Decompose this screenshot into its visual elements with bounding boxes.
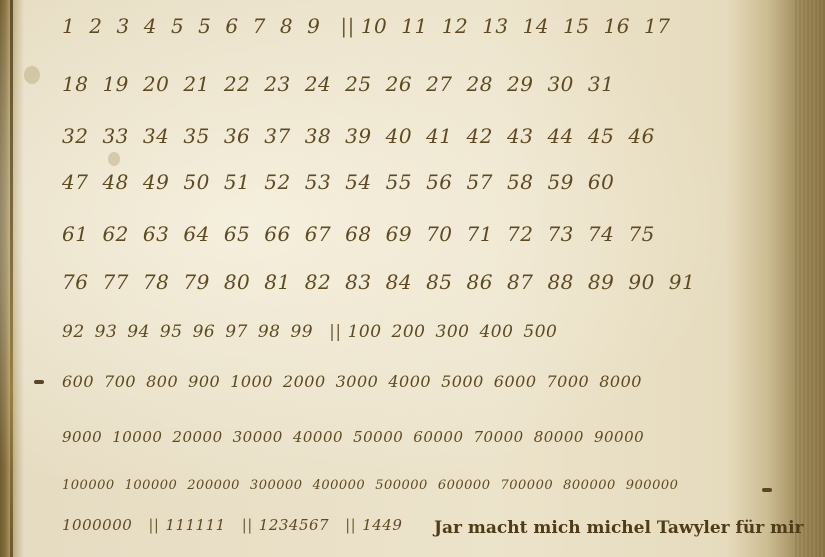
numeral: 70000 xyxy=(474,428,524,446)
margin-mark xyxy=(762,488,772,492)
numeral: 5 xyxy=(171,14,184,38)
numeral: 30000 xyxy=(233,428,283,446)
numeral: 24 xyxy=(305,72,331,96)
numeral: 2000 xyxy=(283,372,326,391)
numeral: 900000 xyxy=(626,478,679,493)
numeral: 33 xyxy=(102,124,128,148)
numeral: 26 xyxy=(386,72,412,96)
numeral: 63 xyxy=(143,222,169,246)
numeral: 600000 xyxy=(438,478,491,493)
numeral: 74 xyxy=(588,222,614,246)
numeral: 71 xyxy=(467,222,493,246)
numeral: 67 xyxy=(305,222,331,246)
stain xyxy=(108,152,120,166)
numeral: 800 xyxy=(146,372,178,391)
numeral: 84 xyxy=(386,270,412,294)
numeral-row-9: 9000100002000030000400005000060000700008… xyxy=(62,428,654,446)
numeral: 14 xyxy=(523,14,549,38)
numeral: 17 xyxy=(644,14,670,38)
numeral: 5 xyxy=(198,14,211,38)
numeral: 52 xyxy=(264,170,290,194)
numeral: 81 xyxy=(264,270,290,294)
numeral: 88 xyxy=(547,270,573,294)
numeral: 9000 xyxy=(62,428,102,446)
numeral-row-3: 323334353637383940414243444546 xyxy=(62,124,669,148)
numeral: 500 xyxy=(523,322,557,342)
numeral: 20 xyxy=(143,72,169,96)
numeral: 12 xyxy=(442,14,468,38)
numeral: 5000 xyxy=(441,372,484,391)
numeral: 6 xyxy=(225,14,238,38)
numeral-row-5: 616263646566676869707172737475 xyxy=(62,222,669,246)
numeral-row-2: 1819202122232425262728293031 xyxy=(62,72,628,96)
numeral: 50000 xyxy=(353,428,403,446)
numeral: 35 xyxy=(183,124,209,148)
separator-mark: || xyxy=(340,14,354,38)
numeral: 18 xyxy=(62,72,88,96)
numeral: 38 xyxy=(305,124,331,148)
numeral: 1 xyxy=(62,14,75,38)
numeral: 19 xyxy=(102,72,128,96)
numeral-row-4: 4748495051525354555657585960 xyxy=(62,170,628,194)
numeral: 96 xyxy=(193,322,216,342)
numeral: 37 xyxy=(264,124,290,148)
numeral: 300 xyxy=(436,322,470,342)
numeral: 100 xyxy=(348,322,382,342)
numeral: 28 xyxy=(467,72,493,96)
page-edge xyxy=(795,0,825,557)
numeral: 99 xyxy=(290,322,313,342)
numeral: 27 xyxy=(426,72,452,96)
numeral: 43 xyxy=(507,124,533,148)
numeral: 3 xyxy=(116,14,129,38)
numeral: 51 xyxy=(224,170,250,194)
numeral: 10000 xyxy=(112,428,162,446)
numeral: 79 xyxy=(183,270,209,294)
numeral: 65 xyxy=(224,222,250,246)
numeral: 700000 xyxy=(500,478,553,493)
numeral: 95 xyxy=(160,322,183,342)
numeral-row-7: 9293949596979899||100200300400500 xyxy=(62,322,567,342)
numeral: 30 xyxy=(547,72,573,96)
numeral: 4000 xyxy=(388,372,431,391)
numeral: 46 xyxy=(628,124,654,148)
separator-mark: || xyxy=(345,516,356,534)
numeral: 98 xyxy=(258,322,281,342)
numeral: 100000 xyxy=(62,478,115,493)
numeral: 57 xyxy=(467,170,493,194)
numeral: 91 xyxy=(669,270,695,294)
numeral: 15 xyxy=(563,14,589,38)
numeral: 54 xyxy=(345,170,371,194)
numeral: 20000 xyxy=(172,428,222,446)
numeral: 92 xyxy=(62,322,85,342)
numeral: 69 xyxy=(386,222,412,246)
separator-mark: || xyxy=(148,516,159,534)
numeral-row-1: 1234556789||1011121314151617 xyxy=(62,14,684,38)
numeral: 1449 xyxy=(362,516,402,534)
numeral: 47 xyxy=(62,170,88,194)
numeral: 500000 xyxy=(375,478,428,493)
numeral: 86 xyxy=(467,270,493,294)
numeral: 400 xyxy=(479,322,513,342)
numeral: 53 xyxy=(305,170,331,194)
numeral: 23 xyxy=(264,72,290,96)
manuscript-page: 1234556789||1011121314151617 18192021222… xyxy=(0,0,825,557)
numeral: 42 xyxy=(467,124,493,148)
numeral: 1234567 xyxy=(259,516,329,534)
numeral: 61 xyxy=(62,222,88,246)
numeral: 72 xyxy=(507,222,533,246)
numeral: 8 xyxy=(280,14,293,38)
numeral: 11 xyxy=(401,14,427,38)
numeral: 7 xyxy=(253,14,266,38)
numeral: 111111 xyxy=(165,516,225,534)
numeral: 97 xyxy=(225,322,248,342)
numeral: 22 xyxy=(224,72,250,96)
numeral: 90 xyxy=(628,270,654,294)
numeral: 1000000 xyxy=(62,516,132,534)
numeral: 2 xyxy=(89,14,102,38)
numeral: 89 xyxy=(588,270,614,294)
numeral-row-11: 1000000||111111||1234567||1449 xyxy=(62,516,412,534)
numeral: 900 xyxy=(188,372,220,391)
separator-mark: || xyxy=(329,322,341,342)
numeral: 8000 xyxy=(599,372,642,391)
numeral: 66 xyxy=(264,222,290,246)
numeral: 77 xyxy=(102,270,128,294)
numeral: 50 xyxy=(183,170,209,194)
numeral: 87 xyxy=(507,270,533,294)
numeral-row-6: 76777879808182838485868788899091 xyxy=(62,270,709,294)
numeral: 85 xyxy=(426,270,452,294)
numeral-row-10: 1000001000002000003000004000005000006000… xyxy=(62,478,688,493)
numeral: 700 xyxy=(104,372,136,391)
numeral: 41 xyxy=(426,124,452,148)
numeral: 45 xyxy=(588,124,614,148)
numeral: 300000 xyxy=(250,478,303,493)
numeral: 36 xyxy=(224,124,250,148)
numeral: 200000 xyxy=(187,478,240,493)
numeral: 68 xyxy=(345,222,371,246)
numeral: 49 xyxy=(143,170,169,194)
numeral: 70 xyxy=(426,222,452,246)
numeral: 60 xyxy=(588,170,614,194)
numeral: 9 xyxy=(307,14,320,38)
numeral: 60000 xyxy=(413,428,463,446)
numeral: 1000 xyxy=(230,372,273,391)
numeral: 78 xyxy=(143,270,169,294)
numeral: 7000 xyxy=(547,372,590,391)
numeral: 32 xyxy=(62,124,88,148)
numeral: 64 xyxy=(183,222,209,246)
numeral: 13 xyxy=(482,14,508,38)
numeral: 200 xyxy=(392,322,426,342)
numeral: 58 xyxy=(507,170,533,194)
colophon-text: Jar macht mich michel Tawyler für mir xyxy=(434,518,804,538)
numeral: 6000 xyxy=(494,372,537,391)
numeral-row-8: 6007008009001000200030004000500060007000… xyxy=(62,372,652,391)
numeral: 40 xyxy=(386,124,412,148)
numeral: 94 xyxy=(127,322,150,342)
numeral: 83 xyxy=(345,270,371,294)
numeral: 62 xyxy=(102,222,128,246)
numeral: 29 xyxy=(507,72,533,96)
numeral: 31 xyxy=(588,72,614,96)
numeral: 3000 xyxy=(336,372,379,391)
numeral: 16 xyxy=(604,14,630,38)
numeral: 75 xyxy=(628,222,654,246)
numeral: 73 xyxy=(547,222,573,246)
numeral: 10 xyxy=(361,14,387,38)
numeral: 80000 xyxy=(534,428,584,446)
numeral: 100000 xyxy=(125,478,178,493)
separator-mark: || xyxy=(242,516,253,534)
numeral: 93 xyxy=(95,322,118,342)
numeral: 80 xyxy=(224,270,250,294)
numeral: 82 xyxy=(305,270,331,294)
numeral: 25 xyxy=(345,72,371,96)
numeral: 56 xyxy=(426,170,452,194)
numeral: 600 xyxy=(62,372,94,391)
numeral: 76 xyxy=(62,270,88,294)
numeral: 400000 xyxy=(313,478,366,493)
numeral: 59 xyxy=(547,170,573,194)
numeral: 44 xyxy=(547,124,573,148)
numeral: 34 xyxy=(143,124,169,148)
numeral: 55 xyxy=(386,170,412,194)
numeral: 4 xyxy=(144,14,157,38)
stain xyxy=(24,66,40,84)
margin-mark xyxy=(34,380,44,384)
binding-gutter xyxy=(10,0,13,557)
numeral: 800000 xyxy=(563,478,616,493)
numeral: 90000 xyxy=(594,428,644,446)
numeral: 48 xyxy=(102,170,128,194)
numeral: 21 xyxy=(183,72,209,96)
numeral: 39 xyxy=(345,124,371,148)
numeral: 40000 xyxy=(293,428,343,446)
